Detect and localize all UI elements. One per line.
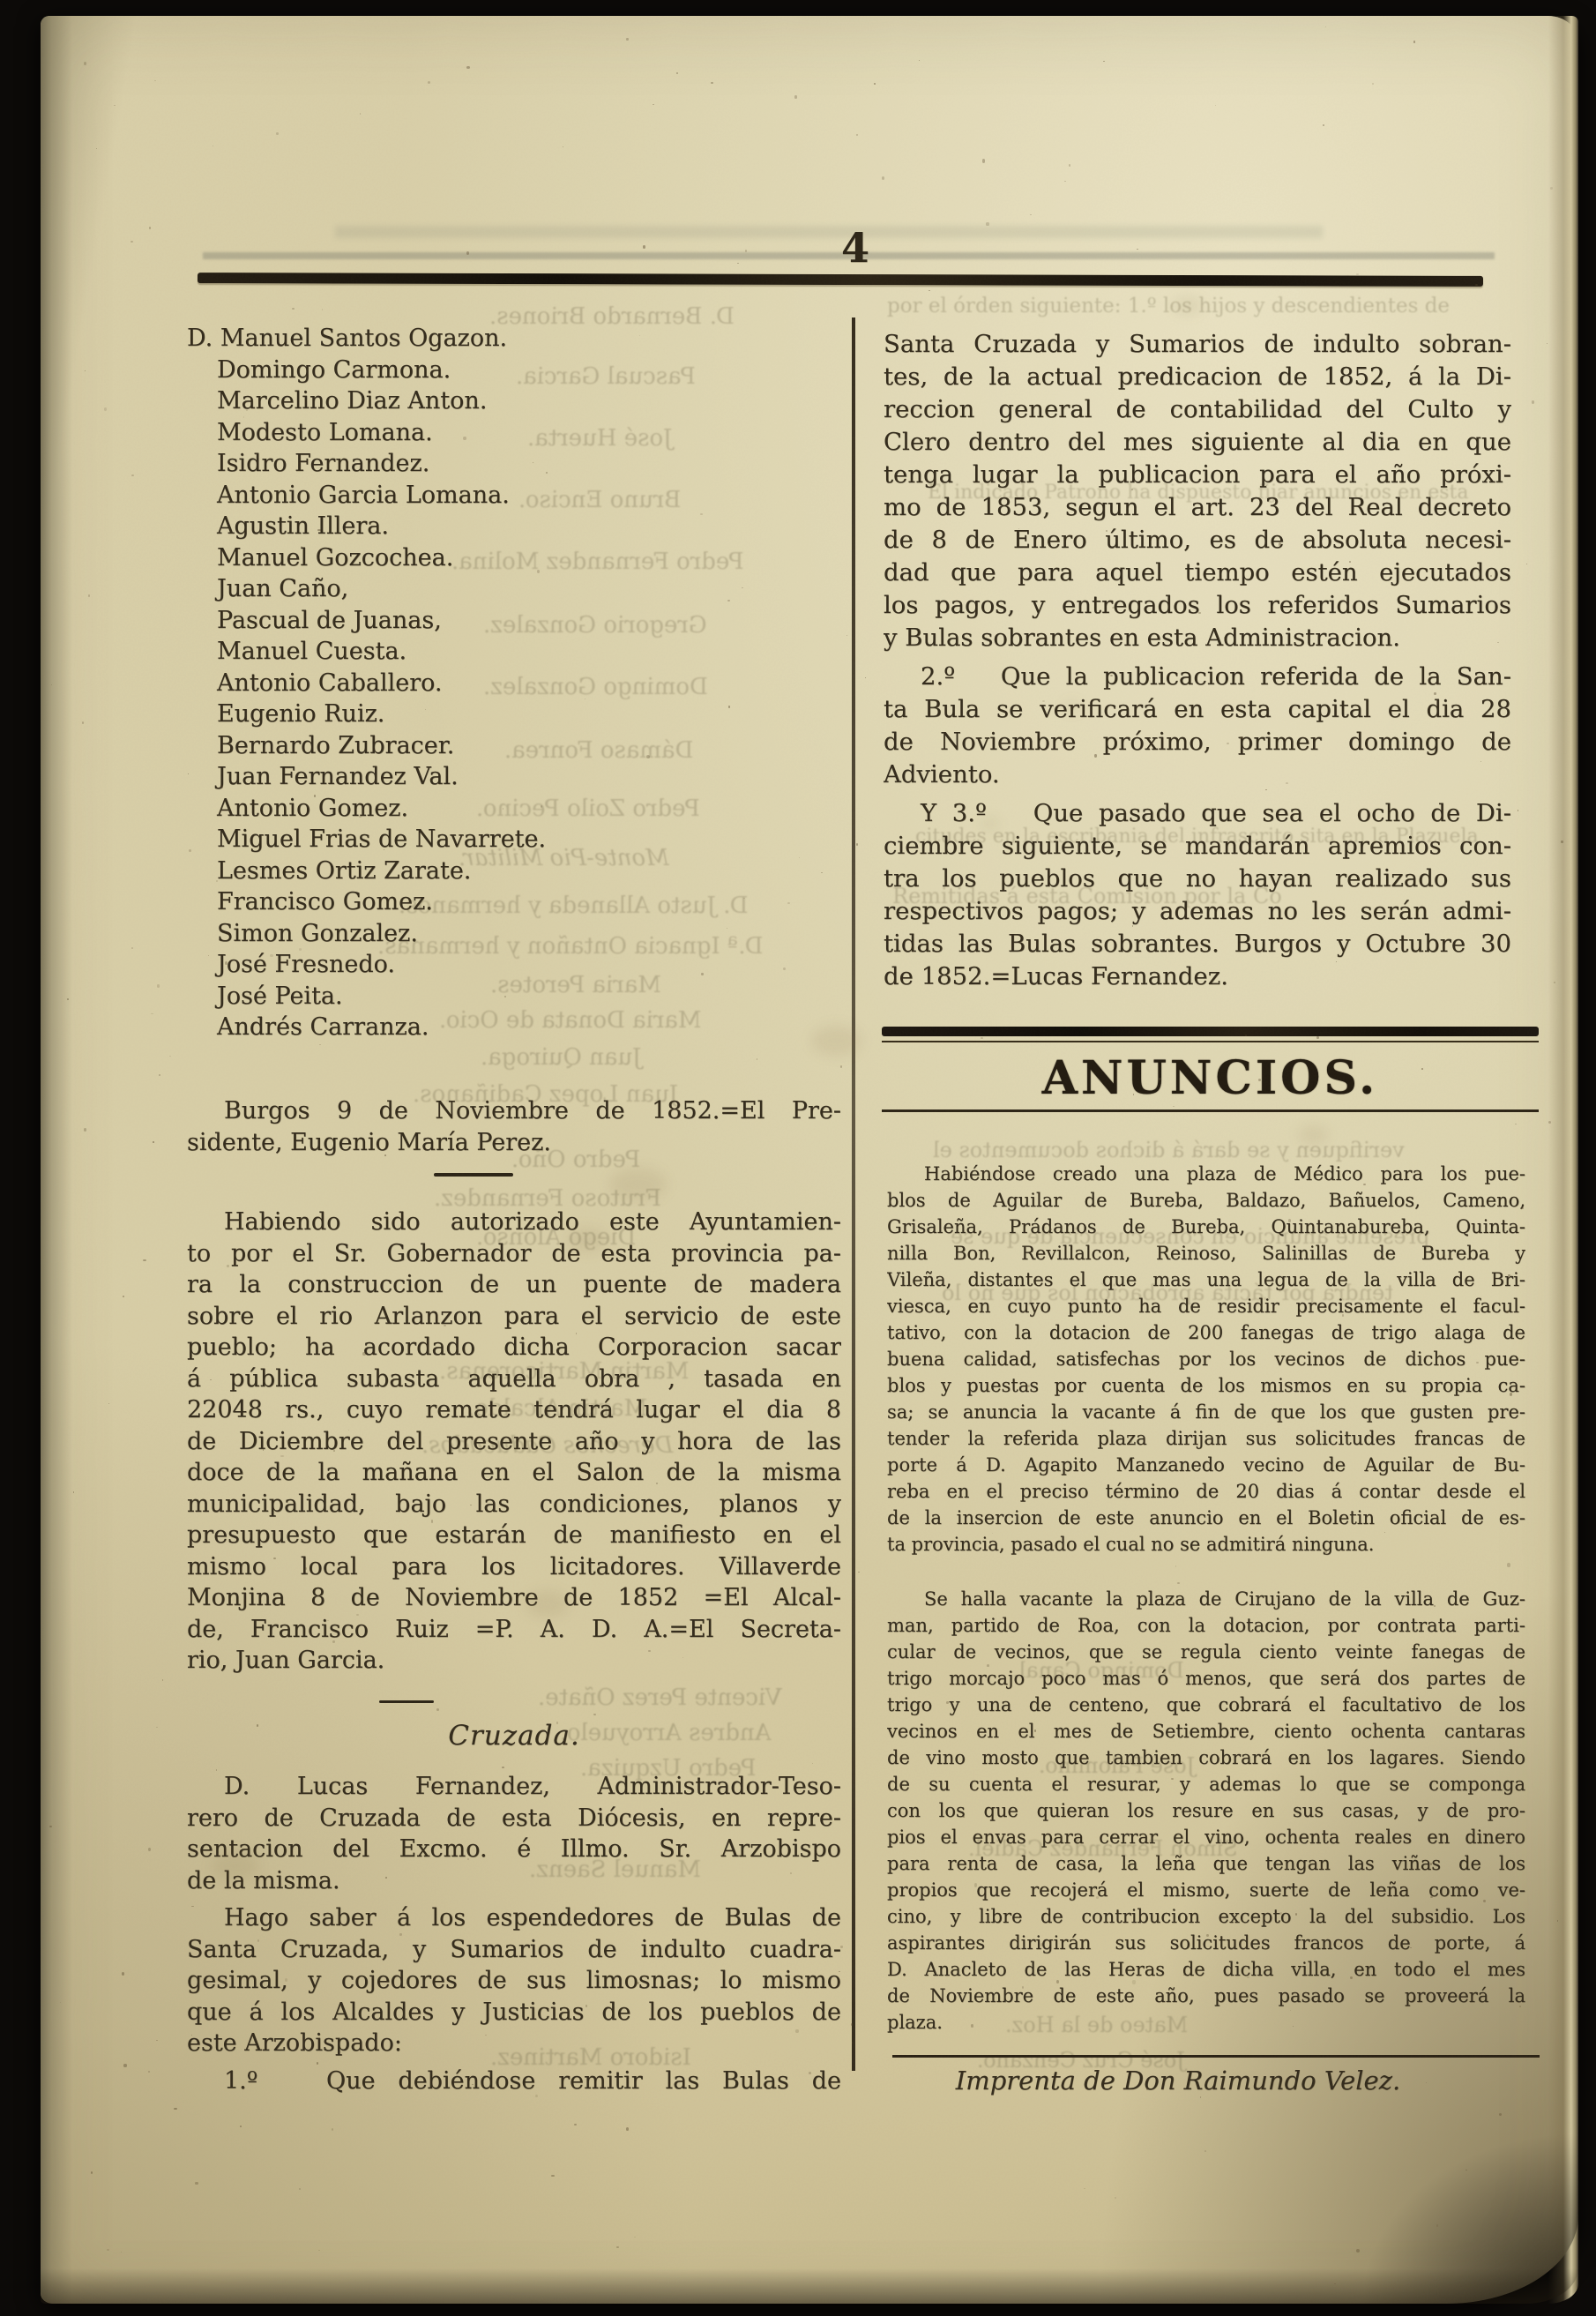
- text-line: propios que recojerá el mismo, suerte de…: [887, 1877, 1525, 1903]
- bottom-shadow: [41, 2268, 1578, 2304]
- text-line: gesimal, y cojedores de sus limosnas; lo…: [187, 1965, 841, 1997]
- text-line: tenga lugar la publicacion para el año p…: [884, 459, 1511, 491]
- bridge-auction-notice: Habiendo sido autorizado este Ayuntamien…: [187, 1207, 841, 1677]
- text-line: y Bulas sobrantes en esta Administracion…: [884, 622, 1511, 654]
- text-line: respectivos pagos; y ademas no les serán…: [884, 895, 1511, 928]
- anuncios-thin-rule: [882, 1041, 1539, 1042]
- text-line: rero de Cruzada de esta Diócesis, en rep…: [187, 1803, 841, 1834]
- text-line: Habiéndose creado una plaza de Médico pa…: [887, 1161, 1525, 1187]
- text-line: buena calidad, satisfechas por los vecin…: [887, 1346, 1525, 1372]
- text-line: Y 3.º Que pasado que sea el ocho de Di-: [884, 797, 1511, 830]
- name-line: Juan Caño,: [187, 573, 841, 605]
- name-line: Simon Gonzalez.: [187, 918, 841, 950]
- text-line: este Arzobispado:: [187, 2028, 841, 2059]
- column-divider-rule: [852, 318, 855, 2071]
- text-line: Clero dentro del mes siguiente al dia en…: [884, 426, 1511, 459]
- text-line: Habiendo sido autorizado este Ayuntamien…: [187, 1207, 841, 1238]
- scanned-gazette-page: 4 D. Bernardo Briones.Pascual Garcia.Jos…: [0, 0, 1596, 2316]
- book-gutter-edge: [41, 16, 72, 2304]
- paragraph: Y 3.º Que pasado que sea el ocho de Di-c…: [884, 797, 1511, 993]
- text-line: los pagos, y entregados los referidos Su…: [884, 589, 1511, 622]
- name-line: Domingo Carmona.: [187, 355, 841, 386]
- anuncios-heading: ANUNCIOS.: [882, 1051, 1539, 1105]
- text-line: tra los pueblos que no hayan realizado s…: [884, 863, 1511, 895]
- text-line: pios el envas para cerrar el vino, ochen…: [887, 1824, 1525, 1850]
- text-line: 2.º Que la publicacion referida de la Sa…: [884, 661, 1511, 693]
- bleedthrough-text: Vicente Perez Oñate.: [538, 1685, 782, 1711]
- text-line: Burgos 9 de Noviembre de 1852.=El Pre-: [187, 1095, 841, 1127]
- text-line: doce de la mañana en el Salon de la mism…: [187, 1457, 841, 1489]
- text-line: que á los Alcaldes y Justicias de los pu…: [187, 1997, 841, 2028]
- text-line: tender la referida plaza dirijan sus sol…: [887, 1425, 1525, 1452]
- name-line: Pascual de Juanas,: [187, 605, 841, 637]
- text-line: man, partido de Roa, con la dotacion, po…: [887, 1612, 1525, 1639]
- text-line: Grisaleña, Prádanos de Bureba, Quintanab…: [887, 1214, 1525, 1240]
- anuncio-cirujano-vacancy: Se halla vacante la plaza de Cirujano de…: [887, 1586, 1525, 2036]
- paragraph: D. Lucas Fernandez, Administrador-Teso-r…: [187, 1771, 841, 1896]
- name-line: Miguel Frias de Navarrete.: [187, 824, 841, 855]
- text-line: á pública subasta aquella obra , tasada …: [187, 1363, 841, 1395]
- text-line: de vino mosto que tambien cobrará en los…: [887, 1744, 1525, 1771]
- text-line: D. Anacleto de las Heras de dicha villa,…: [887, 1956, 1525, 1983]
- text-line: porte á D. Agapito Manzanedo vecino de A…: [887, 1452, 1525, 1478]
- contributor-name-list: D. Manuel Santos Ogazon.Domingo Carmona.…: [187, 323, 841, 1043]
- bleedthrough-text: verifiquen y se dará á dichos documentos…: [933, 1138, 1405, 1162]
- name-line: D. Manuel Santos Ogazon.: [187, 323, 841, 355]
- text-line: Hago saber á los espendedores de Bulas d…: [187, 1902, 841, 1934]
- cruzada-notice-continuation: Santa Cruzada y Sumarios de indulto sobr…: [884, 328, 1511, 993]
- text-line: mismo local para los licitadores. Villav…: [187, 1551, 841, 1583]
- text-line: viesca, en cuyo punto ha de residir prec…: [887, 1293, 1525, 1319]
- text-line: sentacion del Excmo. é Illmo. Sr. Arzobi…: [187, 1834, 841, 1865]
- text-line: tidas las Bulas sobrantes. Burgos y Octu…: [884, 928, 1511, 960]
- text-line: de la insercion de este anuncio en el Bo…: [887, 1505, 1525, 1531]
- bleedthrough-text: Juan Quiroga.: [481, 1044, 642, 1071]
- text-line: Se halla vacante la plaza de Cirujano de…: [887, 1586, 1525, 1612]
- text-line: sa; se anuncia la vacante á fin de que l…: [887, 1399, 1525, 1425]
- text-line: mo de 1853, segun el art. 23 del Real de…: [884, 491, 1511, 524]
- name-line: Antonio Gomez.: [187, 793, 841, 825]
- name-line: José Fresnedo.: [187, 949, 841, 981]
- text-line: de su cuenta el resurar, y ademas lo que…: [887, 1771, 1525, 1797]
- text-line: tes, de la actual predicacion de 1852, á…: [884, 361, 1511, 393]
- anuncio-medico-vacancy: Habiéndose creado una plaza de Médico pa…: [887, 1161, 1525, 1558]
- section-rule: [379, 1700, 434, 1703]
- text-line: blos y puestas por cuenta de los mismos …: [887, 1372, 1525, 1399]
- cruzada-notice: D. Lucas Fernandez, Administrador-Teso-r…: [187, 1771, 841, 2096]
- name-line: Juan Fernandez Val.: [187, 761, 841, 793]
- text-line: municipalidad, bajo las condiciones, pla…: [187, 1489, 841, 1520]
- text-line: con los que quieran los resure en sus ca…: [887, 1797, 1525, 1824]
- text-line: trigo y una de centeno, que cobrará el f…: [887, 1692, 1525, 1718]
- name-line: Eugenio Ruiz.: [187, 699, 841, 730]
- text-line: reba en el preciso término de 20 dias á …: [887, 1478, 1525, 1505]
- name-line: Manuel Gozcochea.: [187, 542, 841, 574]
- text-line: Santa Cruzada, y Sumarios de indulto cua…: [187, 1934, 841, 1966]
- text-line: blos de Aguilar de Bureba, Baldazo, Bañu…: [887, 1187, 1525, 1214]
- imprint-rule: [892, 2055, 1540, 2058]
- text-line: ta provincia, pasado el cual no se admit…: [887, 1531, 1525, 1558]
- text-line: de, Francisco Ruiz =P. A. D. A.=El Secre…: [187, 1614, 841, 1646]
- text-line: ra la construccion de un puente de mader…: [187, 1269, 841, 1301]
- text-line: ta Bula se verificará en esta capital el…: [884, 693, 1511, 726]
- name-line: Agustin Illera.: [187, 511, 841, 542]
- cruzada-section-heading: Cruzada.: [187, 1720, 841, 1752]
- text-line: vecinos en el mes de Setiembre, ciento o…: [887, 1718, 1525, 1744]
- text-line: sidente, Eugenio María Perez.: [187, 1127, 841, 1159]
- paragraph: Hago saber á los espendedores de Bulas d…: [187, 1902, 841, 2059]
- bleedthrough-text: por el órden siguiente: 1.º los hijos y …: [887, 295, 1450, 318]
- paragraph: 2.º Que la publicacion referida de la Sa…: [884, 661, 1511, 791]
- text-line: trigo morcajo poco mas ó menos, que será…: [887, 1665, 1525, 1692]
- anuncios-thick-rule: [882, 1027, 1539, 1036]
- list-closing-signature: Burgos 9 de Noviembre de 1852.=El Pre-si…: [187, 1095, 841, 1158]
- name-line: Antonio Caballero.: [187, 668, 841, 699]
- text-line: de Diciembre del presente año y hora de …: [187, 1426, 841, 1458]
- text-line: de 8 de Enero último, es de absoluta nec…: [884, 524, 1511, 557]
- text-line: Monjina 8 de Noviembre de 1852 =El Alcal…: [187, 1582, 841, 1614]
- text-line: aspirantes dirigirán sus solicitudes fra…: [887, 1930, 1525, 1956]
- text-line: rio, Juan Garcia.: [187, 1645, 841, 1677]
- text-line: tativo, con la dotacion de 200 fanegas d…: [887, 1319, 1525, 1346]
- text-line: de la misma.: [187, 1865, 841, 1897]
- name-line: Bernardo Zubracer.: [187, 730, 841, 762]
- text-line: nilla Bon, Revillalcon, Reinoso, Salinil…: [887, 1240, 1525, 1266]
- text-line: para renta de casa, la leña que tengan l…: [887, 1850, 1525, 1877]
- name-line: Isidro Fernandez.: [187, 448, 841, 480]
- name-line: Andrés Carranza.: [187, 1012, 841, 1043]
- text-line: dad que para aquel tiempo estén ejecutad…: [884, 557, 1511, 589]
- paragraph: Santa Cruzada y Sumarios de indulto sobr…: [884, 328, 1511, 654]
- name-line: Antonio Garcia Lomana.: [187, 480, 841, 512]
- page-number: 4: [820, 224, 891, 272]
- name-line: Modesto Lomana.: [187, 417, 841, 449]
- paragraph: 1.º Que debiéndose remitir las Bulas de: [187, 2066, 841, 2097]
- text-line: cino, y libre de contribucion excepto la…: [887, 1903, 1525, 1930]
- text-line: pueblo; ha acordado dicha Corporacion sa…: [187, 1332, 841, 1363]
- text-line: ciembre siguiente, se mandarán apremios …: [884, 830, 1511, 863]
- section-rule: [434, 1173, 513, 1177]
- page-right-edge: [1548, 16, 1578, 2304]
- text-line: de 1852.=Lucas Fernandez.: [884, 960, 1511, 993]
- text-line: sobre el rio Arlanzon para el servicio d…: [187, 1301, 841, 1333]
- name-line: Marcelino Diaz Anton.: [187, 385, 841, 417]
- text-line: Santa Cruzada y Sumarios de indulto sobr…: [884, 328, 1511, 361]
- text-line: reccion general de contabilidad del Cult…: [884, 393, 1511, 426]
- text-line: cular de vecinos, que se regula ciento v…: [887, 1639, 1525, 1665]
- text-line: plaza.: [887, 2009, 1525, 2036]
- text-line: presupuesto que estarán de manifiesto en…: [187, 1520, 841, 1551]
- text-line: Adviento.: [884, 758, 1511, 791]
- name-line: Lesmes Ortiz Zarate.: [187, 855, 841, 887]
- name-line: Francisco Gomez.: [187, 886, 841, 918]
- name-line: Manuel Cuesta.: [187, 636, 841, 668]
- printer-imprint: Imprenta de Don Raimundo Velez.: [852, 2066, 1504, 2096]
- name-line: José Peita.: [187, 981, 841, 1012]
- text-line: de Noviembre de este año, pues pasado se…: [887, 1983, 1525, 2009]
- text-line: Vileña, distantes el que mas una legua d…: [887, 1266, 1525, 1293]
- text-line: D. Lucas Fernandez, Administrador-Teso-: [187, 1771, 841, 1803]
- anuncios-underline-rule: [882, 1109, 1539, 1112]
- text-line: 22048 rs., cuyo remate tendrá lugar el d…: [187, 1394, 841, 1426]
- text-line: to por el Sr. Gobernador de esta provinc…: [187, 1238, 841, 1270]
- text-line: 1.º Que debiéndose remitir las Bulas de: [187, 2066, 841, 2097]
- text-line: de Noviembre próximo, primer domingo de: [884, 726, 1511, 758]
